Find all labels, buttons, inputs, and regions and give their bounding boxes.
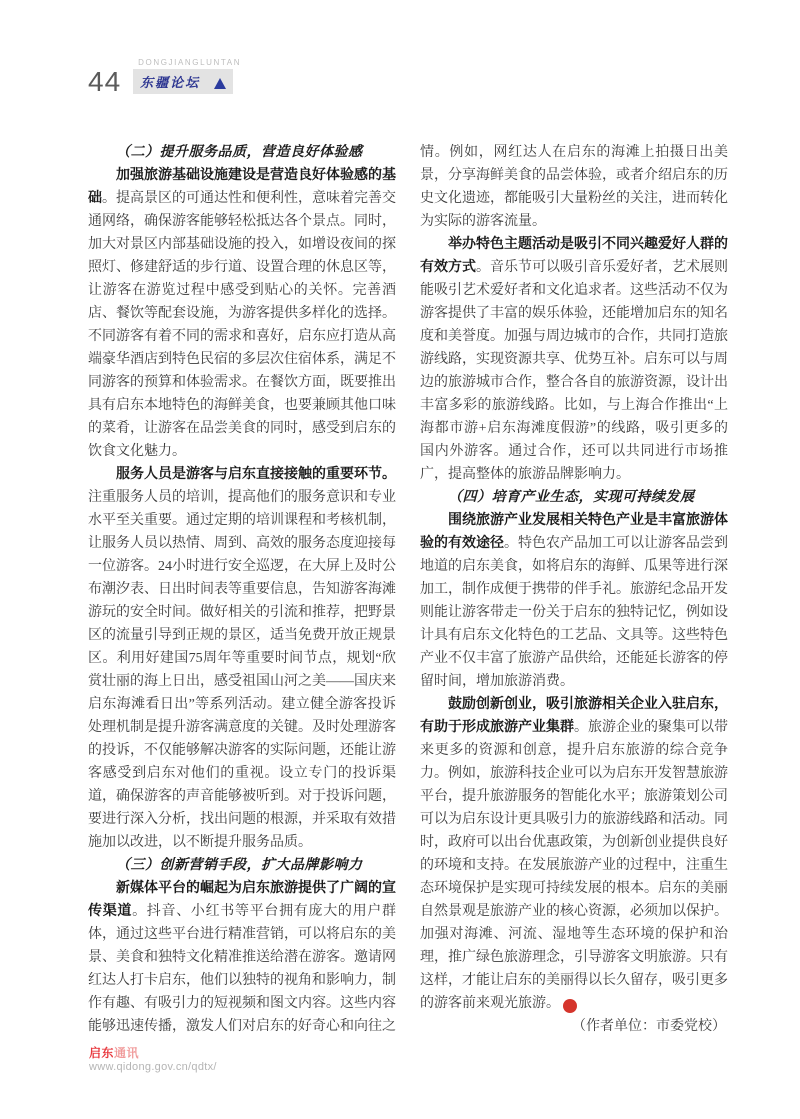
section-brand: DONGJIANGLUNTAN 东疆论坛 <box>133 58 241 94</box>
article-end-seal-icon: 完 <box>563 999 577 1013</box>
paragraph: 鼓励创新创业，吸引旅游相关企业入驻启东，有助于形成旅游产业集群。旅游企业的聚集可… <box>420 693 728 1015</box>
paragraph-lead: 服务人员是游客与启东直接接触的重要环节。 <box>116 467 396 482</box>
section-heading: （四）培育产业生态，实现可持续发展 <box>420 486 728 509</box>
paragraph: 举办特色主题活动是吸引不同兴趣爱好人群的有效方式。音乐节可以吸引音乐爱好者，艺术… <box>420 233 728 486</box>
page-number: 44 <box>88 68 121 96</box>
paragraph-text: 。特色农产品加工可以让游客品尝到地道的启东美食，如将启东的海鲜、瓜果等进行深加工… <box>420 536 728 689</box>
column-left: （二）提升服务品质，营造良好体验感 加强旅游基础设施建设是营造良好体验感的基础。… <box>88 141 396 1038</box>
paragraph: 围绕旅游产业发展相关特色产业是丰富旅游体验的有效途径。特色农产品加工可以让游客品… <box>420 509 728 693</box>
paragraph-continuation: 情。例如，网红达人在启东的海滩上拍摄日出美景，分享海鲜美食的品尝体验，或者介绍启… <box>420 141 728 233</box>
footer-publication-light: 通讯 <box>114 1046 139 1060</box>
paragraph: 新媒体平台的崛起为启东旅游提供了广阔的宣传渠道。抖音、小红书等平台拥有庞大的用户… <box>88 877 396 1038</box>
paragraph-text: 。抖音、小红书等平台拥有庞大的用户群体，通过这些平台进行精准营销，可以将启东的美… <box>88 904 396 1034</box>
triangle-up-icon <box>214 78 226 89</box>
page-footer: 启东通讯 www.qidong.gov.cn/qdtx/ <box>89 1047 217 1074</box>
footer-url: www.qidong.gov.cn/qdtx/ <box>89 1061 217 1074</box>
brand-name-label: 东疆论坛 <box>140 72 200 91</box>
page-header: 44 DONGJIANGLUNTAN 东疆论坛 <box>88 58 241 96</box>
brand-box: 东疆论坛 <box>133 69 233 94</box>
paragraph: 服务人员是游客与启东直接接触的重要环节。注重服务人员的培训，提高他们的服务意识和… <box>88 463 396 854</box>
section-heading: （二）提升服务品质，营造良好体验感 <box>88 141 396 164</box>
footer-publication: 启东通讯 <box>89 1047 217 1060</box>
brand-romanized-label: DONGJIANGLUNTAN <box>133 58 241 67</box>
column-right: 情。例如，网红达人在启东的海滩上拍摄日出美景，分享海鲜美食的品尝体验，或者介绍启… <box>420 141 728 1038</box>
paragraph: 加强旅游基础设施建设是营造良好体验感的基础。提高景区的可通达性和便利性，意味着完… <box>88 164 396 463</box>
paragraph-text: 。旅游企业的聚集可以带来更多的资源和创意，提升启东旅游的综合竞争力。例如，旅游科… <box>420 720 728 1011</box>
article-body: （二）提升服务品质，营造良好体验感 加强旅游基础设施建设是营造良好体验感的基础。… <box>88 141 728 1038</box>
paragraph-text: 情。例如，网红达人在启东的海滩上拍摄日出美景，分享海鲜美食的品尝体验，或者介绍启… <box>420 145 728 229</box>
footer-publication-bold: 启东 <box>89 1046 114 1060</box>
author-note: （作者单位：市委党校） <box>420 1015 728 1038</box>
section-heading: （三）创新营销手段，扩大品牌影响力 <box>88 854 396 877</box>
paragraph-text: 。提高景区的可通达性和便利性，意味着完善交通网络，确保游客能够轻松抵达各个景点。… <box>88 191 396 459</box>
magazine-page: 44 DONGJIANGLUNTAN 东疆论坛 （二）提升服务品质，营造良好体验… <box>0 0 800 1119</box>
paragraph-text: 注重服务人员的培训，提高他们的服务意识和专业水平至关重要。通过定期的培训课程和考… <box>88 490 396 850</box>
paragraph-text: 。音乐节可以吸引音乐爱好者，艺术展则能吸引艺术爱好者和文化追求者。这些活动不仅为… <box>420 260 728 482</box>
